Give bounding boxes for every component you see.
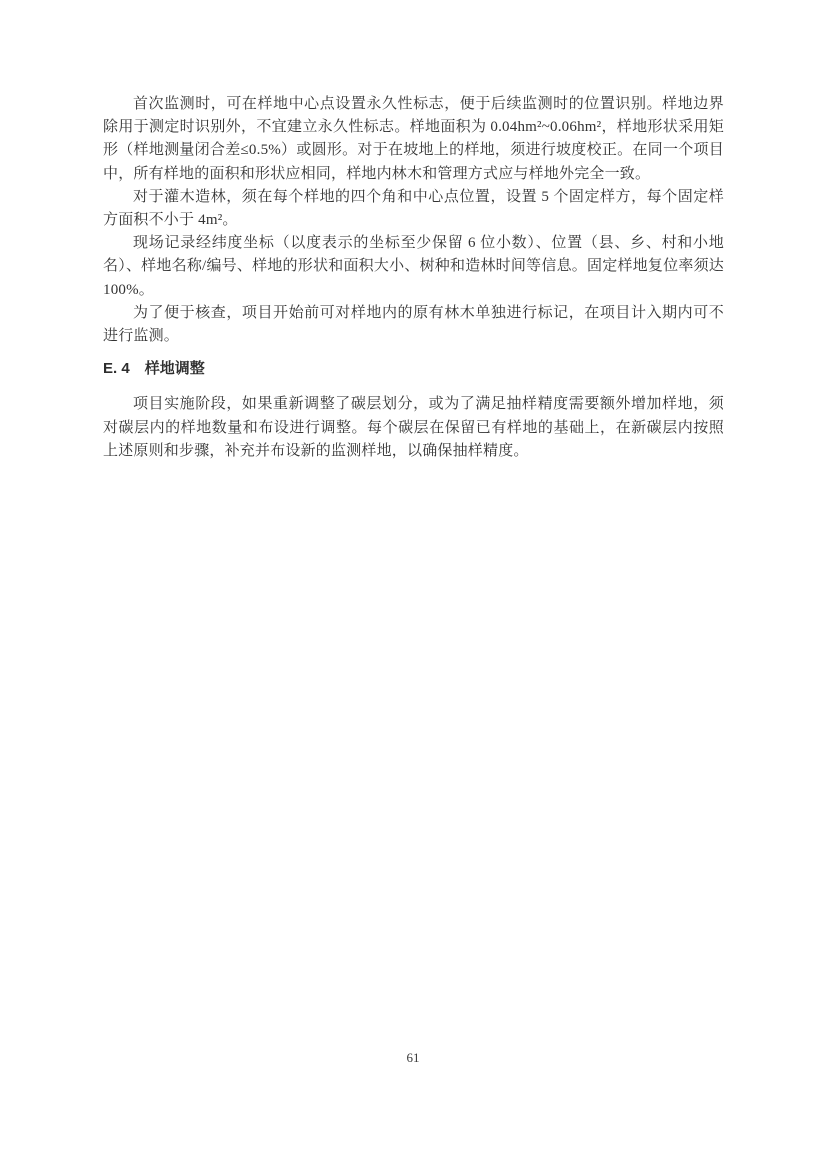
document-page: 首次监测时，可在样地中心点设置永久性标志，便于后续监测时的位置识别。样地边界除用… — [0, 0, 826, 1169]
paragraph: 项目实施阶段，如果重新调整了碳层划分，或为了满足抽样精度需要额外增加样地，须对碳… — [103, 393, 724, 463]
section-heading: E. 4样地调整 — [103, 357, 724, 380]
paragraph: 为了便于核查，项目开始前可对样地内的原有林木单独进行标记，在项目计入期内可不进行… — [103, 302, 724, 348]
paragraph: 现场记录经纬度坐标（以度表示的坐标至少保留 6 位小数）、位置（县、乡、村和小地… — [103, 232, 724, 302]
paragraph: 首次监测时，可在样地中心点设置永久性标志，便于后续监测时的位置识别。样地边界除用… — [103, 93, 724, 186]
heading-title: 样地调整 — [145, 360, 205, 377]
paragraph: 对于灌木造林，须在每个样地的四个角和中心点位置，设置 5 个固定样方，每个固定样… — [103, 186, 724, 232]
page-footer: 61 — [0, 1050, 826, 1066]
page-number: 61 — [407, 1050, 420, 1065]
heading-number: E. 4 — [103, 360, 130, 377]
body-text: 首次监测时，可在样地中心点设置永久性标志，便于后续监测时的位置识别。样地边界除用… — [103, 93, 724, 463]
